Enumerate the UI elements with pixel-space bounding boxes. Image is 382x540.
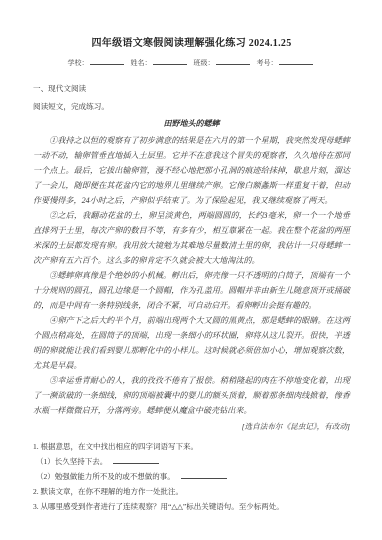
school-label: 学校： xyxy=(68,59,89,67)
answer-blank-1 xyxy=(113,456,159,464)
student-info-row: 学校：姓名：班级：考号： xyxy=(33,57,350,68)
name-label: 姓名： xyxy=(131,59,152,67)
question-1-sub-1-text: （1）长久坚持下去。 xyxy=(36,457,107,466)
name-blank xyxy=(153,57,187,65)
question-3: 3. 从哪里感受到作者进行了连续观察？用“△△”标出关键语句。至少标两处。 xyxy=(33,499,350,514)
question-1-sub-2: （2）勉强做能力所不及的或不想做的事。 xyxy=(33,469,350,484)
class-label: 班级： xyxy=(194,59,215,67)
section-heading: 一、现代文阅读 xyxy=(33,83,350,94)
reading-instruction: 阅读短文，完成练习。 xyxy=(33,101,350,112)
article-body: ①我持之以恒的观察有了初步满意的结果是在六月的第一个星期，我突然发现母蟋蟀一动不… xyxy=(33,133,350,434)
questions-section: 1. 根据意思，在文中找出相应的四字词语写下来。 （1）长久坚持下去。 （2）勉… xyxy=(33,439,350,514)
article-source: [选自法布尔《昆虫记》，有改动] xyxy=(33,419,350,434)
class-blank xyxy=(216,57,250,65)
article-title: 田野地头的蟋蟀 xyxy=(33,118,350,129)
page-title: 四年级语文寒假阅读理解强化练习 2024.1.25 xyxy=(33,34,350,49)
worksheet-page: 四年级语文寒假阅读理解强化练习 2024.1.25 学校：姓名：班级：考号： 一… xyxy=(0,0,382,540)
article-paragraph-2: ②之后，我翻动花盆的土，卵呈淡黄色，两端圆圆的，长约3毫米，卵一个一个地垂直排列… xyxy=(33,208,350,268)
question-2: 2. 默读文章，在你不理解的地方作一处批注。 xyxy=(33,484,350,499)
question-1-sub-1: （1）长久坚持下去。 xyxy=(33,454,350,469)
article-paragraph-1: ①我持之以恒的观察有了初步满意的结果是在六月的第一个星期，我突然发现母蟋蟀一动不… xyxy=(33,133,350,208)
article-paragraph-3: ③蟋蟀卵真像是个绝妙的小机械。孵出后，卵壳像一只不透明的白筒子，顶端有一个十分规… xyxy=(33,268,350,313)
question-1-stem: 1. 根据意思，在文中找出相应的四字词语写下来。 xyxy=(33,439,350,454)
article-paragraph-5: ⑤幸运垂青耐心的人，我的孜孜不倦有了报偿。稍稍隆起的肉在不停地变化着，出现了一濒… xyxy=(33,373,350,418)
question-1-sub-2-text: （2）勉强做能力所不及的或不想做的事。 xyxy=(36,472,175,481)
school-blank xyxy=(90,57,124,65)
answer-blank-2 xyxy=(181,471,227,479)
exam-no-blank xyxy=(279,57,313,65)
article-paragraph-4: ④卵产下之后大约半个月，前端出现两个大又圆的黑黄点，那是蟋蟀的眼睛。在这两个圆点… xyxy=(33,313,350,373)
exam-no-label: 考号： xyxy=(257,59,278,67)
